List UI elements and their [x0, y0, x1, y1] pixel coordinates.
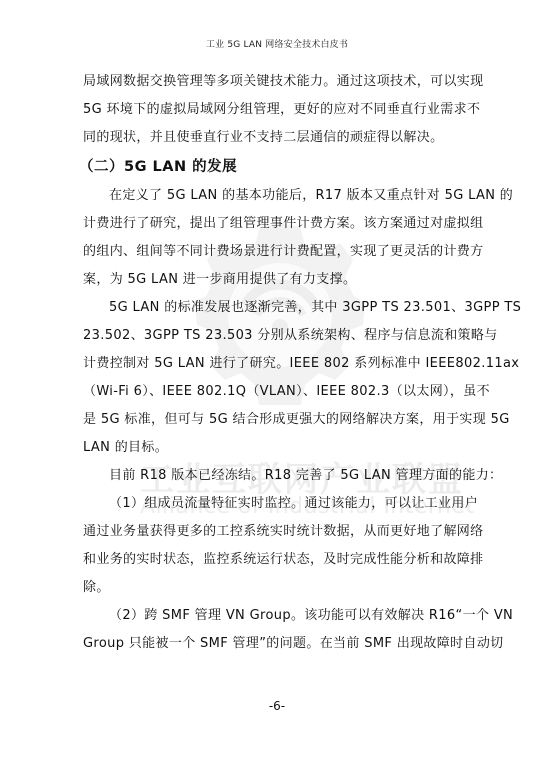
text-line: LAN 的目标。 [83, 434, 474, 462]
text-line: 和业务的实时状态，监控系统运行状态，及时完成性能分析和故障排 [83, 546, 474, 574]
text-line: 案，为 5G LAN 进一步商用提供了有力支撑。 [83, 266, 474, 294]
paragraph-2: 在定义了 5G LAN 的基本功能后，R17 版本又重点针对 5G LAN 的 … [83, 182, 474, 294]
paragraph-3: 5G LAN 的标准发展也逐渐完善，其中 3GPP TS 23.501、3GPP… [83, 294, 474, 462]
paragraph-4: 目前 R18 版本已经冻结。R18 完善了 5G LAN 管理方面的能力： [83, 462, 474, 490]
page-number: -6- [0, 699, 554, 713]
paragraph-5: （1）组成员流量特征实时监控。通过该能力，可以让工业用户 通过业务量获得更多的工… [83, 490, 474, 602]
text-line: （Wi-Fi 6）、IEEE 802.1Q（VLAN）、IEEE 802.3（以… [83, 378, 474, 406]
text-line: 23.502、3GPP TS 23.503 分别从系统架构、程序与信息流和策略与 [83, 322, 474, 350]
paragraph-6: （2）跨 SMF 管理 VN Group。该功能可以有效解决 R16“一个 VN… [83, 602, 474, 658]
document-body: 局域网数据交换管理等多项关键技术能力。通过这项技术，可以实现 5G 环境下的虚拟… [83, 68, 474, 658]
text-line: 计费进行了研究，提出了组管理事件计费方案。该方案通过对虚拟组 [83, 210, 474, 238]
text-line: 5G LAN 的标准发展也逐渐完善，其中 3GPP TS 23.501、3GPP… [83, 294, 474, 322]
page-header-title: 工业 5G LAN 网络安全技术白皮书 [0, 37, 554, 50]
text-line: 在定义了 5G LAN 的基本功能后，R17 版本又重点针对 5G LAN 的 [83, 182, 474, 210]
document-page: 工业 5G LAN 网络安全技术白皮书 工业互联网产业联盟 Alliance o… [0, 0, 554, 784]
text-line: （2）跨 SMF 管理 VN Group。该功能可以有效解决 R16“一个 VN [83, 602, 474, 630]
text-line: 目前 R18 版本已经冻结。R18 完善了 5G LAN 管理方面的能力： [83, 462, 474, 490]
text-line: 5G 环境下的虚拟局域网分组管理，更好的应对不同垂直行业需求不 [83, 96, 474, 124]
text-line: 的组内、组间等不同计费场景进行计费配置，实现了更灵活的计费方 [83, 238, 474, 266]
paragraph-1: 局域网数据交换管理等多项关键技术能力。通过这项技术，可以实现 5G 环境下的虚拟… [83, 68, 474, 152]
section-heading: （二）5G LAN 的发展 [79, 152, 474, 182]
text-line: 计费控制对 5G LAN 进行了研究。IEEE 802 系列标准中 IEEE80… [83, 350, 474, 378]
text-line: （1）组成员流量特征实时监控。通过该能力，可以让工业用户 [83, 490, 474, 518]
text-line: Group 只能被一个 SMF 管理”的问题。在当前 SMF 出现故障时自动切 [83, 630, 474, 658]
text-line: 是 5G 标准，但可与 5G 结合形成更强大的网络解决方案，用于实现 5G [83, 406, 474, 434]
text-line: 局域网数据交换管理等多项关键技术能力。通过这项技术，可以实现 [83, 68, 474, 96]
text-line: 同的现状，并且使垂直行业不支持二层通信的顽症得以解决。 [83, 124, 474, 152]
text-line: 通过业务量获得更多的工控系统实时统计数据，从而更好地了解网络 [83, 518, 474, 546]
text-line: 除。 [83, 574, 474, 602]
